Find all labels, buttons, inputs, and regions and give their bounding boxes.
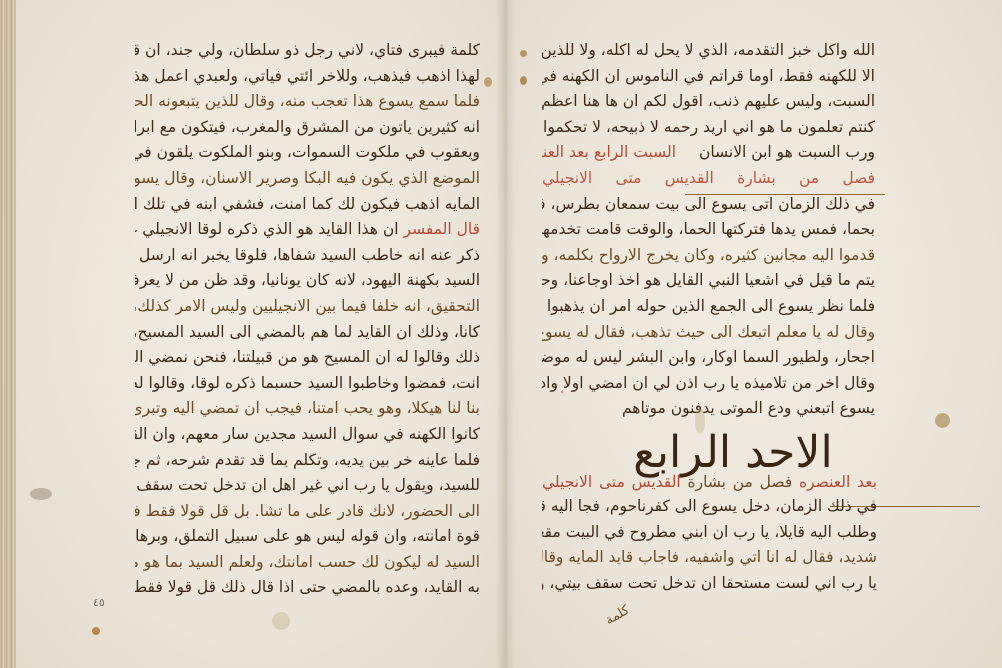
right-page-text-block-top: الله واكل خبز التقدمه، الذي لا يحل له اك… (542, 38, 875, 422)
ink-stain (484, 77, 492, 87)
right-page: الله واكل خبز التقدمه، الذي لا يحل له اك… (505, 0, 1002, 668)
text-line: الموضع الذي يكون فيه البكا وصرير الاسنان… (135, 166, 480, 192)
text-line: في ذلك الزمان، دخل يسوع الى كفرناحوم، فج… (542, 494, 877, 520)
text-line: ذكر عنه انه خاطب السيد شفاها، فلوقا يخبر… (135, 243, 480, 269)
text-line: قوة امانته، وان قوله ليس هو على سبيل الت… (135, 524, 480, 550)
text-line: كانوا الكهنه في سوال السيد مجدين سار معه… (135, 422, 480, 448)
text-line: بحما، فمس يدها فتركتها الحما، والوقت قام… (542, 217, 875, 243)
text-line: بنا لنا هيكلا، وهو يحب امتنا، فيجب ان تم… (135, 396, 480, 422)
left-page: كلمة فيبرى فتاي، لاني رجل ذو سلطان، ولي … (0, 0, 505, 668)
text-line: يتم ما قيل في اشعيا النبي القايل هو اخذ … (542, 268, 875, 294)
text-line: ذلك وقالوا له ان المسيح هو من قبيلتنا، ف… (135, 345, 480, 371)
text-line: وقال له يا معلم اتبعك الى حيث تذهب، فقال… (542, 320, 875, 346)
rubric-saint-matthew: القديس متى الانجيلي (542, 473, 681, 491)
ink-stain (92, 627, 100, 635)
left-page-text-block: كلمة فيبرى فتاي، لاني رجل ذو سلطان، ولي … (135, 38, 480, 601)
page-edge-stack (0, 0, 16, 668)
text-line: لهذا اذهب فيذهب، وللاخر ائتي فياتي، ولعب… (135, 64, 480, 90)
text-line: اجحار، ولطيور السما اوكار، وابن البشر لي… (542, 345, 875, 371)
section-heading: فصل من بشارة القديس متى الانجيلي (542, 166, 875, 192)
text-line: كنتم تعلمون ما هو اني اريد رحمه لا ذبيحه… (542, 115, 875, 141)
ink-stain (935, 413, 950, 428)
ink-stain (520, 76, 527, 85)
ink-stain (272, 612, 290, 630)
text-line: كلمة فيبرى فتاي، لاني رجل ذو سلطان، ولي … (135, 38, 480, 64)
text-line: وطلب اليه قايلا، يا رب ان ابني مطروح في … (542, 520, 877, 546)
text-fragment: ان هذا القايد هو الذي ذكره لوقا الانجيلي… (135, 220, 403, 238)
catchword: كلمة (603, 603, 632, 628)
ink-stain (520, 50, 527, 57)
folio-number: ٤٥ (93, 596, 105, 609)
text-line: فلما عاينه خر بين يديه، وتكلم بما قد تقد… (135, 448, 480, 474)
text-fragment: ورب السبت هو ابن الانسان (699, 143, 875, 161)
text-line: فلما نظر يسوع الى الجمع الذين حوله امر ا… (542, 294, 875, 320)
text-line-with-rubric: قال المفسر ان هذا القايد هو الذي ذكره لو… (135, 217, 480, 243)
text-fragment: يسوع اتبعني ودع الموتى يدفنون موتاهم (622, 399, 875, 417)
text-line: كانا، وذلك ان القايد لما هم بالمضي الى ا… (135, 320, 480, 346)
text-line-with-rubric: ورب السبت هو ابن الانسان السبت الرابع بع… (542, 140, 875, 166)
ink-stain (695, 408, 705, 434)
text-line: انت، فمضوا وخاطبوا السيد حسبما ذكره لوقا… (135, 371, 480, 397)
text-line: فلما سمع يسوع هذا تعجب منه، وقال للذين ي… (135, 89, 480, 115)
decorative-rule (685, 194, 885, 195)
text-line: الى الحضور، لانك قادر على ما تشا. بل قل … (135, 499, 480, 525)
text-line: يا رب اني لست مستحقا ان تدخل تحت سقف بيت… (542, 571, 877, 597)
text-line: وقال اخر من تلاميذه يا رب اذن لي ان امضي… (542, 371, 875, 397)
text-line: شديد، فقال له انا اتي واشفيه، فاجاب قايد… (542, 545, 877, 571)
text-line: انه كثيرين ياتون من المشرق والمغرب، فيتك… (135, 115, 480, 141)
rubric-commentator: قال المفسر (403, 220, 480, 238)
rubric-heading-sunday: السبت الرابع بعد العنصره (542, 143, 676, 161)
text-line: في ذلك الزمان اتى يسوع الى بيت سمعان بطر… (542, 192, 875, 218)
text-line: به القايد، وعده بالمضي حتى اذا قال ذلك ق… (135, 575, 480, 601)
text-line: المايه اذهب فيكون لك كما امنت، فشفي ابنه… (135, 192, 480, 218)
text-line: الله واكل خبز التقدمه، الذي لا يحل له اك… (542, 38, 875, 64)
text-line: السبت، وليس عليهم ذنب، اقول لكم ان ها هن… (542, 89, 875, 115)
text-line: السيد بكهنة اليهود، لانه كان يونانيا، وق… (135, 268, 480, 294)
text-line: للسيد، ويقول يا رب اني غير اهل ان تدخل ت… (135, 473, 480, 499)
lower-heading-row: بعد العنصره فصل من بشارة القديس متى الان… (542, 470, 877, 496)
manuscript-spread: كلمة فيبرى فتاي، لاني رجل ذو سلطان، ولي … (0, 0, 1002, 668)
section-heading-row: بعد العنصره فصل من بشارة القديس متى الان… (542, 470, 877, 496)
binding-gutter (496, 0, 516, 668)
text-line: التحقيق، انه خلفا فيما بين الانجيليين ول… (135, 294, 480, 320)
section-label: فصل من بشارة (688, 473, 793, 491)
rubric-after-pentecost: بعد العنصره (799, 473, 877, 491)
text-line: قدموا اليه مجانين كثيره، وكان يخرج الارو… (542, 243, 875, 269)
text-line: السيد له ليكون لك حسب امانتك، ولعلم السي… (135, 550, 480, 576)
right-page-text-block-bottom: في ذلك الزمان، دخل يسوع الى كفرناحوم، فج… (542, 494, 877, 596)
text-line: ويعقوب في ملكوت السموات، وبنو الملكوت يل… (135, 140, 480, 166)
text-line: الا للكهنه فقط، اوما قراتم في الناموس ان… (542, 64, 875, 90)
ink-stain (30, 488, 52, 500)
